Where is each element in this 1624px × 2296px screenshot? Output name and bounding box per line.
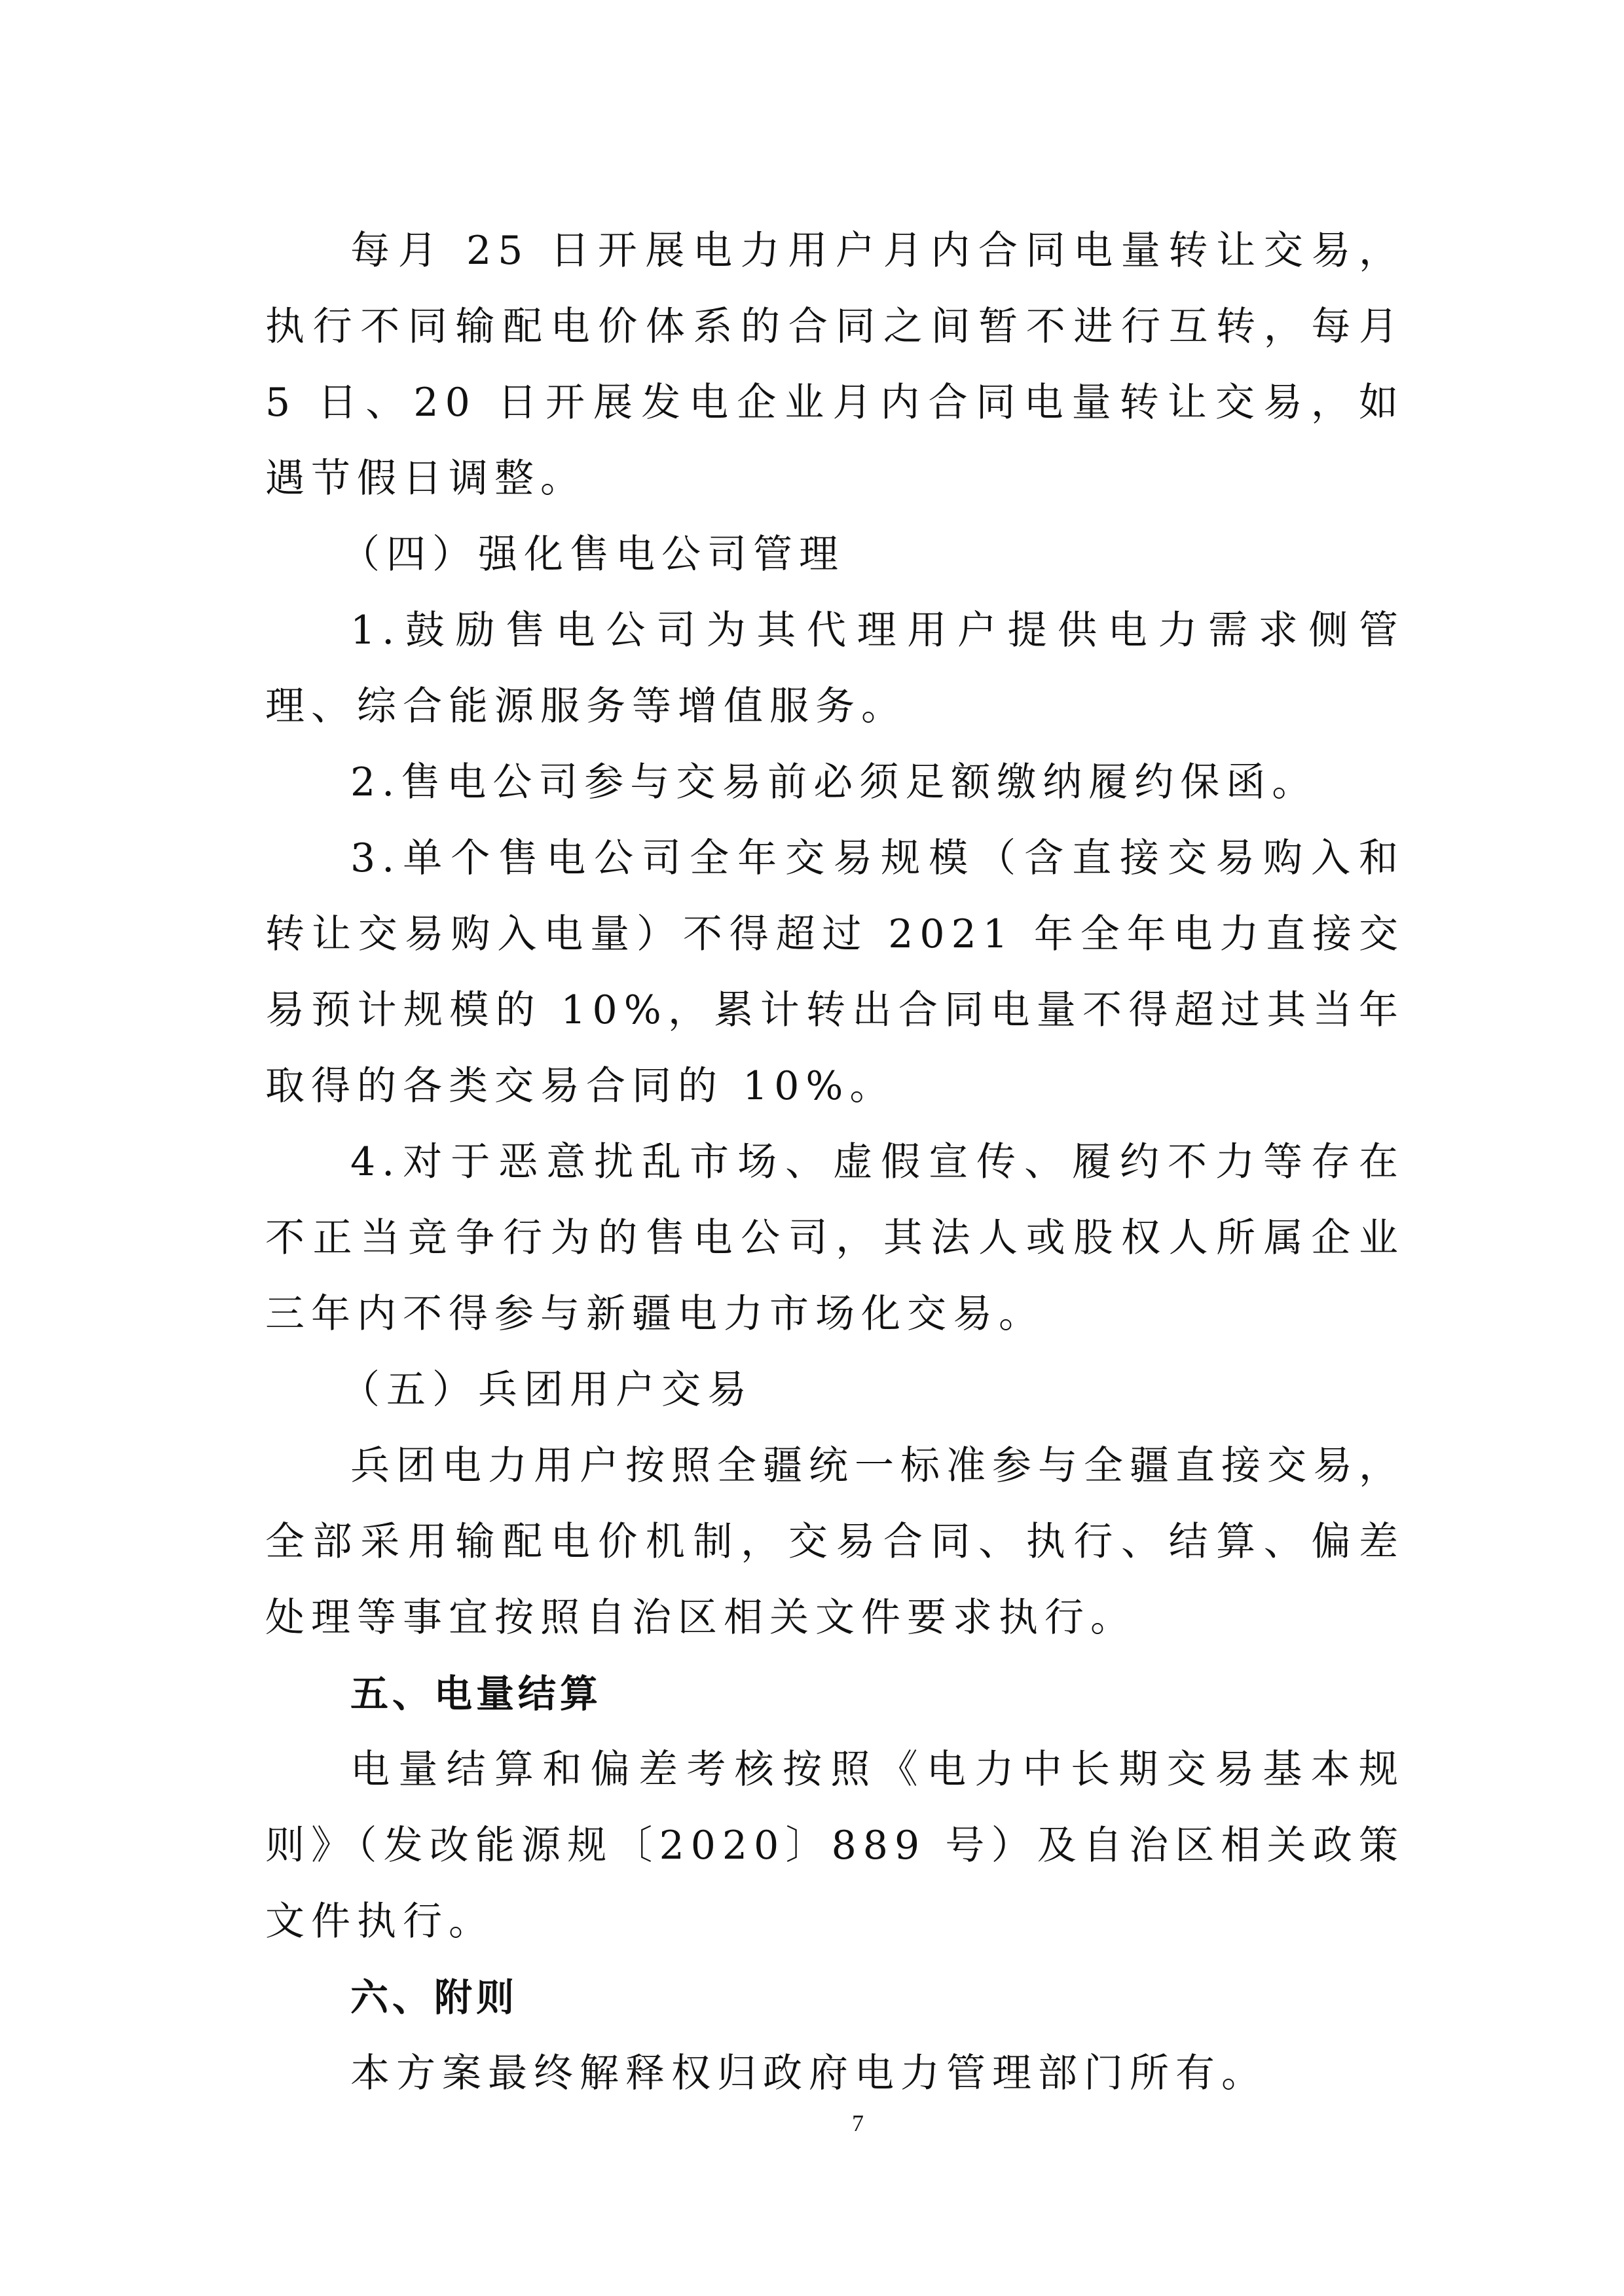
- paragraph-corps-users: 兵团电力用户按照全疆统一标准参与全疆直接交易，全部采用输配电价机制，交易合同、执…: [265, 1428, 1405, 1656]
- document-body: 每月 25 日开展电力用户月内合同电量转让交易，执行不同输配电价体系的合同之间暂…: [265, 213, 1405, 2111]
- paragraph-item-2: 2.售电公司参与交易前必须足额缴纳履约保函。: [265, 744, 1405, 820]
- paragraph-item-3: 3.单个售电公司全年交易规模（含直接交易购入和转让交易购入电量）不得超过 202…: [265, 820, 1405, 1124]
- paragraph-transfer-trading: 每月 25 日开展电力用户月内合同电量转让交易，执行不同输配电价体系的合同之间暂…: [265, 213, 1405, 517]
- paragraph-interpretation: 本方案最终解释权归政府电力管理部门所有。: [265, 2035, 1405, 2111]
- page-number: 7: [845, 2109, 871, 2137]
- heading-supplementary-provisions: 六、附则: [265, 1959, 1405, 2035]
- paragraph-item-1: 1.鼓励售电公司为其代理用户提供电力需求侧管理、综合能源服务等增值服务。: [265, 592, 1405, 744]
- subheading-retail-company-management: （四）强化售电公司管理: [265, 517, 1405, 592]
- paragraph-item-4: 4.对于恶意扰乱市场、虚假宣传、履约不力等存在不正当竞争行为的售电公司，其法人或…: [265, 1124, 1405, 1352]
- document-page: 每月 25 日开展电力用户月内合同电量转让交易，执行不同输配电价体系的合同之间暂…: [0, 0, 1624, 2296]
- paragraph-settlement: 电量结算和偏差考核按照《电力中长期交易基本规则》（发改能源规〔2020〕889 …: [265, 1732, 1405, 1959]
- subheading-corps-user-trading: （五）兵团用户交易: [265, 1352, 1405, 1428]
- heading-settlement: 五、电量结算: [265, 1656, 1405, 1732]
